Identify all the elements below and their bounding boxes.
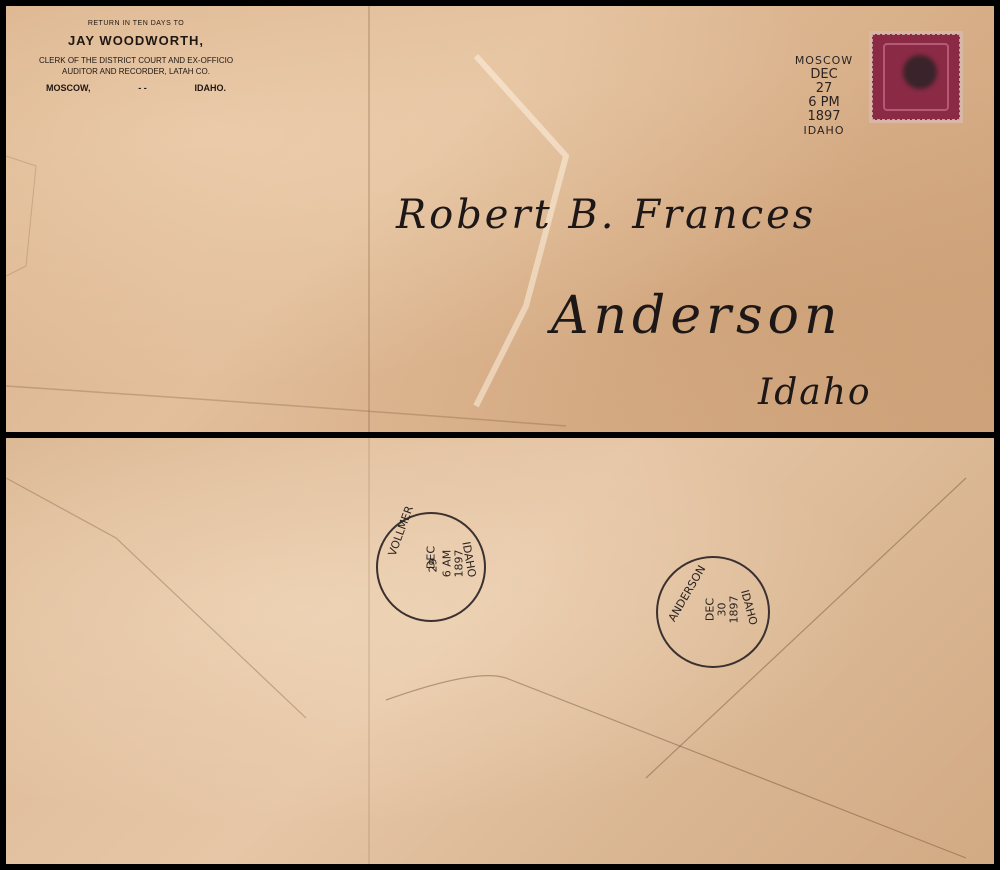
return-instruction: RETURN IN TEN DAYS TO [26, 20, 246, 27]
postmark-time: 6 PM [784, 96, 864, 110]
postmark-year: 1897 [784, 110, 864, 124]
postmark-vollmer: VOLLMER DEC 29 6 AM 1897 IDAHO [376, 512, 486, 622]
postmark-anderson: ANDERSON DEC 30 1897 IDAHO [656, 556, 770, 668]
sender-location: MOSCOW, - - IDAHO. [26, 83, 246, 93]
postmark-day: 30 [717, 590, 728, 630]
postmark-time: 6 AM [442, 539, 453, 589]
postmark-year: 1897 [729, 590, 740, 630]
postmark-day: 27 [784, 82, 864, 96]
postmark-day: 29 [428, 551, 439, 581]
sender-dash: - - [138, 83, 147, 93]
postmark-state: IDAHO [737, 582, 761, 633]
return-address: RETURN IN TEN DAYS TO JAY WOODWORTH, CLE… [26, 20, 246, 93]
envelope-back: VOLLMER DEC 29 6 AM 1897 IDAHO ANDERSON … [6, 438, 994, 864]
cancel-mark [903, 55, 937, 89]
sender-name: JAY WOODWORTH, [26, 33, 246, 48]
postmark-moscow: MOSCOW DEC 27 6 PM 1897 IDAHO [784, 54, 864, 138]
sender-city: MOSCOW, [46, 83, 91, 93]
envelope-flaps [6, 438, 994, 864]
sender-title: CLERK OF THE DISTRICT COURT AND EX-OFFIC… [26, 55, 246, 66]
recipient-town: Anderson [551, 286, 842, 346]
recipient-state: Idaho [758, 372, 872, 413]
recipient-name: Robert B. Frances [396, 192, 816, 238]
sender-state: IDAHO. [195, 83, 227, 93]
postmark-town: MOSCOW [784, 54, 864, 68]
postmark-state: IDAHO [784, 124, 864, 138]
postmark-month: DEC [784, 68, 864, 82]
envelope-front: RETURN IN TEN DAYS TO JAY WOODWORTH, CLE… [6, 6, 994, 432]
postage-stamp [872, 34, 960, 120]
sender-office: AUDITOR AND RECORDER, LATAH CO. [26, 66, 246, 77]
postmark-town: VOLLMER [387, 526, 408, 558]
postmark-month: DEC [705, 590, 716, 630]
